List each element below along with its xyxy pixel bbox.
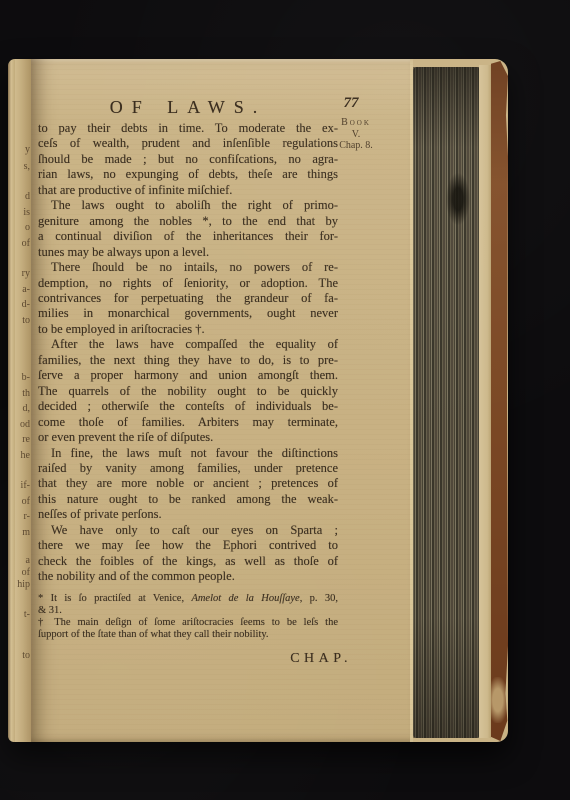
text-line: In fine, the laws muſt not favour the di… (38, 446, 338, 461)
paragraph: In fine, the laws muſt not favour the di… (38, 446, 338, 523)
text-line: families, the next thing they have to do… (38, 353, 338, 368)
text-line: There ſhould be no intails, no powers of… (38, 260, 338, 275)
paragraph: to pay their debts in time. To moderate … (38, 121, 338, 198)
endpaper-edge (479, 65, 491, 738)
gutter-fragment: of (22, 239, 30, 249)
gutter-fragment: th (22, 389, 30, 399)
gutter-fragment: d- (22, 300, 30, 310)
gutter-fragment: a (26, 556, 30, 566)
text-line: The quarrels of the nobility ought to be… (38, 384, 338, 399)
paragraph: There ſhould be no intails, no powers of… (38, 260, 338, 337)
fore-edge-pages (413, 67, 479, 738)
text-line: We have only to caſt our eyes on Sparta … (38, 523, 338, 538)
footnote-2-line-1: † The main deſign of ſome ariſtocracies … (38, 617, 338, 629)
book: ys,disoofrya-d-tob-thd,odreheif-ofr-maof… (8, 59, 508, 742)
footnote-1: * It is ſo practiſed at Venice, Amelot d… (38, 593, 338, 618)
text-line: come thoſe of families. Arbiters may ter… (38, 415, 338, 430)
text-line: a continual diviſion of the inheritances… (38, 229, 338, 244)
paragraph: The laws ought to aboliſh the right of p… (38, 198, 338, 260)
gutter-fragment: of (22, 568, 30, 578)
left-page-edge (8, 59, 15, 742)
gutter-fragment: t- (24, 610, 30, 620)
text-line: tunes may be always upon a level. (38, 245, 338, 260)
gutter-fragment: b- (22, 373, 30, 383)
text-line: rian laws, no expunging of debts, theſe … (38, 167, 338, 182)
catchword: CHAP. (38, 651, 352, 667)
gutter-fragment: d (25, 192, 30, 202)
gutter-fragment: of (22, 497, 30, 507)
text-block: OF LAWS. to pay their debts in time. To … (38, 97, 338, 667)
text-line: ſerve a proper harmony and union amongſt… (38, 368, 338, 383)
footnote-2-line-2: ſupport of the ſtate than of what they c… (38, 629, 338, 641)
text-line: or even prevent the riſe of diſputes. (38, 430, 338, 445)
text-line: that are productive of infinite miſchief… (38, 183, 338, 198)
text-line: After the laws have compaſſed the equali… (38, 337, 338, 352)
gutter-strip: ys,disoofrya-d-tob-thd,odreheif-ofr-maof… (15, 59, 31, 742)
margin-note-volume: V. (333, 129, 379, 141)
gutter-fragment: r- (24, 512, 30, 522)
text-line: to be employed in ariſtocracies †. (38, 322, 338, 337)
footnote-1-line-1: * It is ſo practiſed at Venice, Amelot d… (38, 593, 338, 605)
gutter-fragment: d, (23, 404, 31, 414)
body-text: to pay their debts in time. To moderate … (38, 121, 338, 585)
footnote-1-line-2: & 31. (38, 605, 338, 617)
gutter-fragment: o (25, 223, 30, 233)
running-header: OF LAWS. (38, 97, 338, 119)
text-line: there we may ſee how the Ephori contrive… (38, 538, 338, 553)
gutter-fragment: hip (17, 580, 30, 590)
gutter-fragment: m (22, 528, 30, 538)
margin-note-chapter: Chap. 8. (333, 140, 379, 152)
text-line: the nobility and of the common people. (38, 569, 338, 584)
text-line: neſſes of private perſons. (38, 507, 338, 522)
gutter-fragment: y (25, 145, 30, 155)
photo-background: ys,disoofrya-d-tob-thd,odreheif-ofr-maof… (0, 0, 570, 800)
text-line: The laws ought to aboliſh the right of p… (38, 198, 338, 213)
gutter-fragment: ry (22, 269, 30, 279)
gutter-fragment: to (22, 651, 30, 661)
gutter-fragment: he (21, 451, 30, 461)
text-line: contrivances for perpetuating the grande… (38, 291, 338, 306)
text-line: ceſs of wealth, prudent and inſenſible r… (38, 136, 338, 151)
paragraph: We have only to caſt our eyes on Sparta … (38, 523, 338, 585)
text-line: to pay their debts in time. To moderate … (38, 121, 338, 136)
gutter-fragment: if- (21, 481, 30, 491)
margin-note-book: Book (333, 117, 379, 129)
paragraph: After the laws have compaſſed the equali… (38, 337, 338, 445)
text-line: ſhould be made ; but no confiſcations, n… (38, 152, 338, 167)
margin-note: Book V. Chap. 8. (333, 117, 379, 152)
gutter-fragment: s, (24, 162, 30, 172)
footnote-2: † The main deſign of ſome ariſtocracies … (38, 617, 338, 642)
gutter-fragment: is (23, 208, 30, 218)
footnote-italic-title: Amelot de la Houſſaye (191, 593, 299, 604)
text-line: check the foibles of the kings, as well … (38, 554, 338, 569)
book-page: 77 Book V. Chap. 8. OF LAWS. to pay thei… (31, 59, 413, 742)
gutter-fragment: re (22, 435, 30, 445)
book-cover-edge (491, 61, 508, 741)
text-line: decided ; otherwiſe the conteſts of indi… (38, 399, 338, 414)
text-line: that they are more noble or ancient ; pr… (38, 476, 338, 491)
gutter-fragment: to (22, 316, 30, 326)
gutter-fragment: a- (22, 285, 30, 295)
footnote-section: * It is ſo practiſed at Venice, Amelot d… (38, 593, 338, 642)
text-line: raiſed by vanity among families, under p… (38, 461, 338, 476)
fore-edge-stain (446, 173, 470, 225)
text-line: geniture among the nobles *, to the end … (38, 214, 338, 229)
text-line: demption, no rights of ſeniority, or ado… (38, 276, 338, 291)
cover-wear-spot (491, 677, 508, 723)
text-line: milies in monarchical governments, ought… (38, 306, 338, 321)
gutter-fragment: od (20, 420, 30, 430)
text-line: this nature ought to be ranked among the… (38, 492, 338, 507)
